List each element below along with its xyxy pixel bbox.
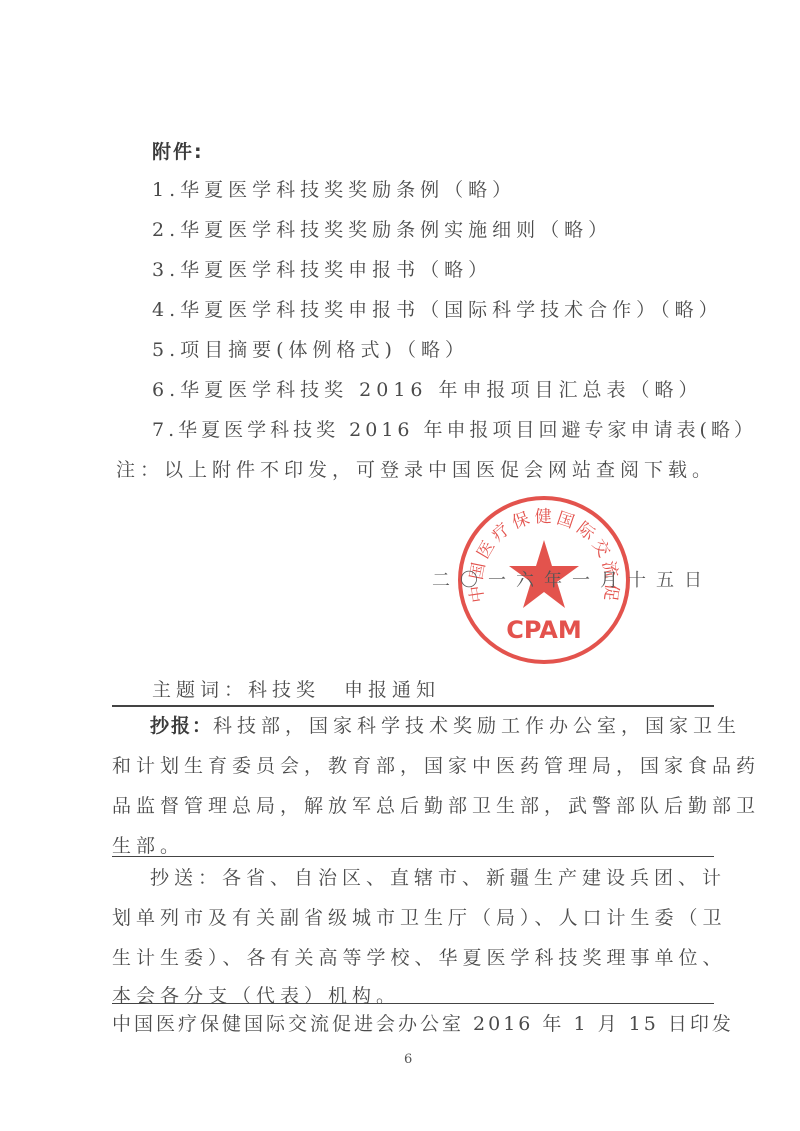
- cc-send-line: 抄送：各省、自治区、直辖市、新疆生产建设兵团、计: [150, 866, 726, 890]
- attachment-item: 2.华夏医学科技奖奖励条例实施细则（略）: [152, 218, 612, 242]
- divider: [112, 856, 714, 857]
- cc-report-text: 和计划生育委员会，教育部，国家中医药管理局，国家食品药: [112, 754, 760, 778]
- document-date: 二〇一六年一月十五日: [432, 566, 712, 592]
- keywords-label: 主题词：: [152, 679, 248, 701]
- svg-text:CPAM: CPAM: [506, 616, 581, 644]
- cc-report-text: 科技部，国家科学技术奖励工作办公室，国家卫生: [213, 715, 741, 737]
- divider: [112, 1003, 714, 1004]
- cc-send-text: 各省、自治区、直辖市、新疆生产建设兵团、计: [222, 867, 726, 889]
- attachments-note: 注：以上附件不印发，可登录中国医促会网站查阅下载。: [116, 458, 716, 482]
- cc-send-text: 划单列市及有关副省级城市卫生厅（局）、人口计生委（卫: [112, 906, 727, 930]
- attachment-item: 7.华夏医学科技奖 2016 年申报项目回避专家申请表(略）: [152, 418, 757, 442]
- keywords-line: 主题词：科技奖 申报通知: [152, 678, 440, 702]
- attachment-item: 3.华夏医学科技奖申报书（略）: [152, 258, 492, 282]
- cc-send-label: 抄送：: [150, 867, 222, 889]
- divider: [112, 705, 714, 707]
- cc-report-text: 品监督管理总局，解放军总后勤部卫生部，武警部队后勤部卫: [112, 794, 760, 818]
- attachments-heading: 附件:: [152, 140, 204, 164]
- cc-report-line: 抄报：科技部，国家科学技术奖励工作办公室，国家卫生: [150, 714, 741, 738]
- attachment-item: 5.项目摘要(体例格式)（略）: [152, 338, 469, 362]
- cc-send-text: 生计生委）、各有关高等学校、华夏医学科技奖理事单位、: [112, 946, 727, 970]
- cc-report-text: 生部。: [112, 834, 184, 858]
- cc-send-text: 本会各分支（代表）机构。: [112, 984, 400, 1008]
- attachment-item: 4.华夏医学科技奖申报书（国际科学技术合作）（略）: [152, 298, 723, 322]
- keywords-value: 科技奖 申报通知: [248, 679, 440, 701]
- attachment-item: 6.华夏医学科技奖 2016 年申报项目汇总表（略）: [152, 378, 703, 402]
- page-number: 6: [404, 1052, 412, 1067]
- cc-report-label: 抄报：: [150, 715, 213, 737]
- document-page: 附件: 1.华夏医学科技奖奖励条例（略） 2.华夏医学科技奖奖励条例实施细则（略…: [0, 0, 800, 1131]
- attachment-item: 1.华夏医学科技奖奖励条例（略）: [152, 178, 516, 202]
- issuer-line: 中国医疗保健国际交流促进会办公室 2016 年 1 月 15 日印发: [112, 1012, 734, 1036]
